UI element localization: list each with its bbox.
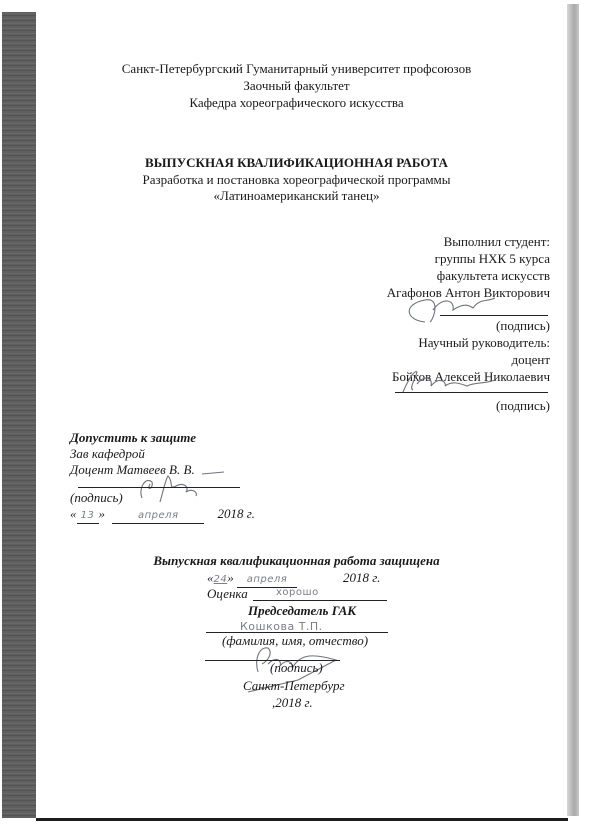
scan-edge-right (567, 4, 579, 816)
defense-date-month: апреля (247, 574, 288, 585)
faculty-name: Заочный факультет (0, 78, 593, 93)
year: ,2018 г. (272, 695, 313, 710)
supervisor-position: доцент (512, 352, 550, 367)
scan-edge-bottom (36, 818, 568, 821)
document-topic: «Латиноамериканский танец» (0, 188, 593, 203)
student-label: Выполнил студент: (444, 234, 550, 249)
chair-signature-caption: (подпись) (270, 660, 323, 675)
student-faculty: факультета искусств (437, 268, 550, 283)
admission-date-day: 13 (81, 510, 95, 521)
document-subtitle: Разработка и постановка хореографической… (0, 172, 593, 187)
student-signature-caption: (подпись) (496, 318, 550, 333)
admission-role: Зав кафедрой (70, 446, 145, 461)
defense-date-year: 2018 г. (343, 570, 380, 585)
date-close-quote: » (99, 506, 106, 521)
head-signature-icon (120, 468, 230, 508)
document-title: ВЫПУСКНАЯ КВАЛИФИКАЦИОННАЯ РАБОТА (0, 155, 593, 170)
grade-value: хорошо (276, 587, 319, 598)
chair-label: Председатель ГАК (248, 603, 356, 618)
student-signature-icon (395, 292, 505, 332)
supervisor-signature-caption: (подпись) (496, 398, 550, 413)
university-name: Санкт-Петербургский Гуманитарный универс… (0, 61, 593, 76)
city: Санкт-Петербург (243, 678, 345, 693)
defense-heading: Выпускная квалификационная работа защище… (0, 553, 593, 568)
admission-heading: Допустить к защите (70, 430, 196, 445)
supervisor-label: Научный руководитель: (418, 335, 550, 350)
supervisor-signature-line (395, 392, 548, 393)
scan-edge-left (2, 12, 36, 818)
grade-label: Оценка (207, 586, 248, 601)
admission-date-month: апреля (138, 510, 179, 521)
defense-date-day: 24 (214, 574, 228, 585)
head-signature-caption: (подпись) (70, 490, 123, 505)
admission-date: «13» апреля 2018 г. (70, 506, 255, 524)
student-group: группы НХК 5 курса (435, 251, 550, 266)
date-close-quote: » (227, 570, 234, 585)
student-signature-line (440, 315, 548, 316)
head-signature-line (78, 487, 240, 488)
grade-line (253, 600, 387, 601)
department-name: Кафедра хореографического искусства (0, 95, 593, 110)
admission-date-year: 2018 г. (218, 506, 255, 521)
